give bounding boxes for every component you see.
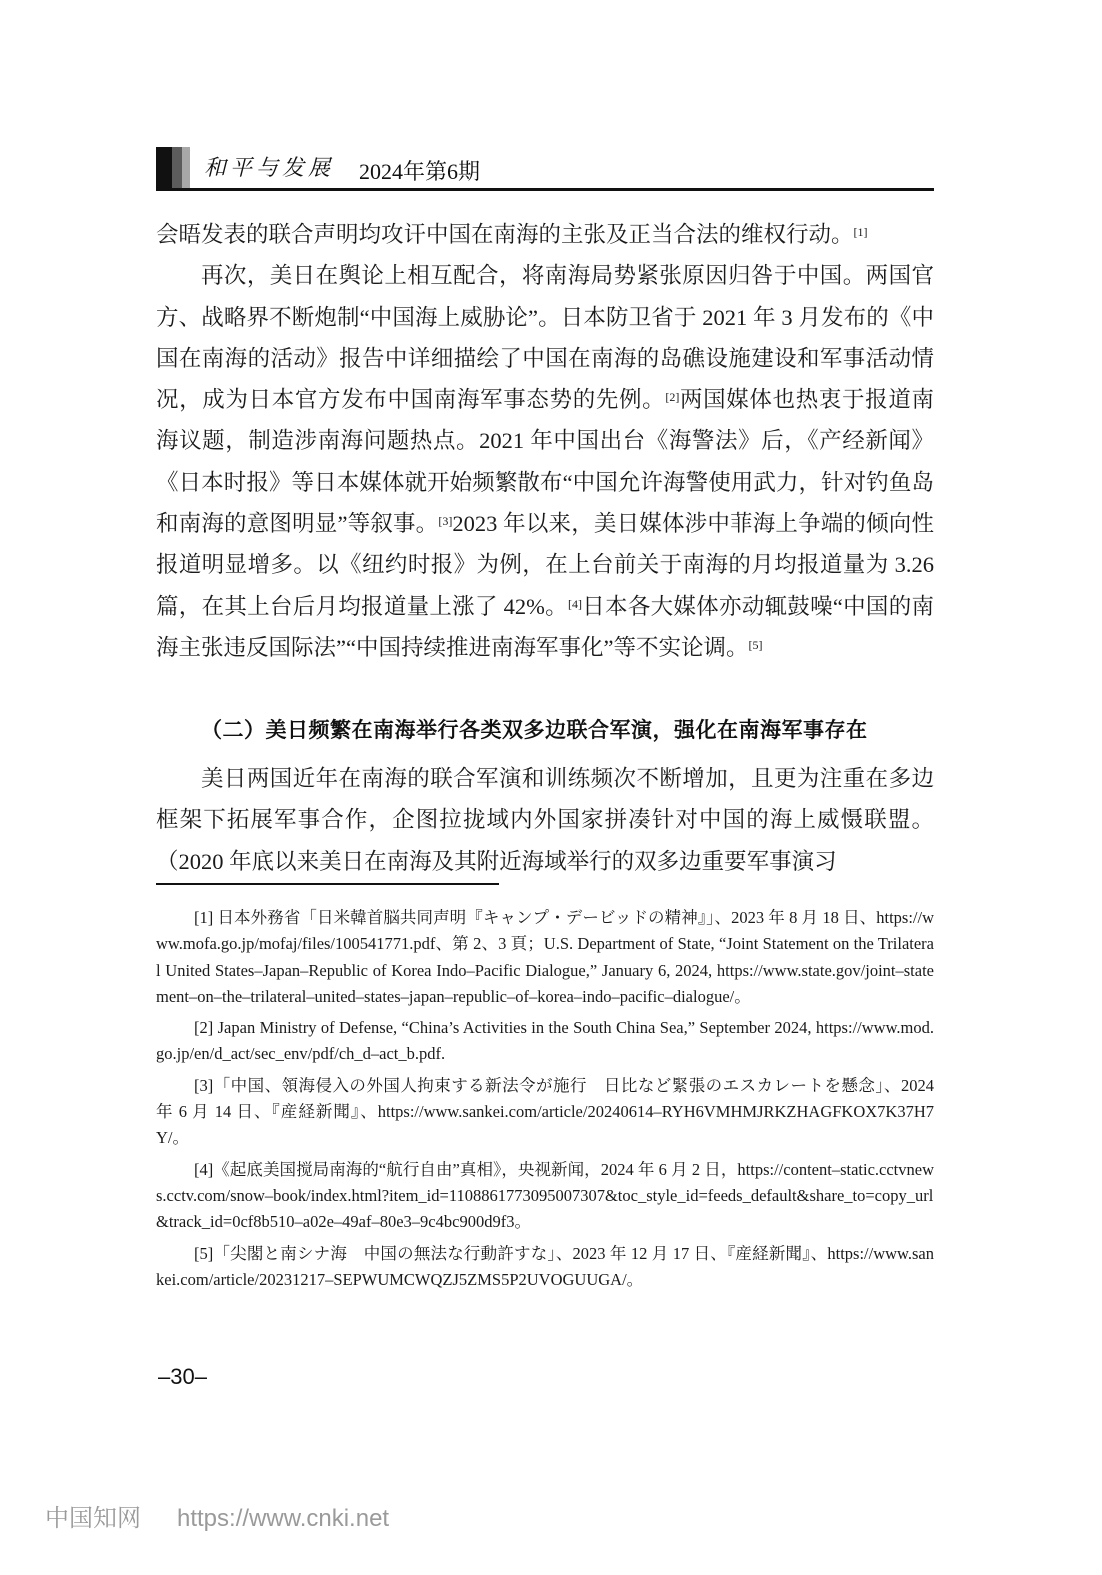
footnote-ref[interactable]: [3] (438, 514, 452, 528)
header-bar-gray (172, 147, 182, 189)
footnote-label: [4] (194, 1160, 213, 1179)
footnote-rule (156, 883, 499, 885)
document-page: 和平与发展 2024年第6期 会晤发表的联合声明均攻讦中国在南海的主张及正当合法… (0, 0, 1102, 1575)
paragraph-text: 会晤发表的联合声明均攻讦中国在南海的主张及正当合法的维权行动。 (156, 222, 854, 247)
body-text-after-heading: 美日两国近年在南海的联合军演和训练频次不断增加，且更为注重在多边框架下拓展军事合… (156, 758, 934, 882)
footnote-ref[interactable]: [4] (568, 597, 582, 611)
footnote-ref[interactable]: [2] (665, 390, 679, 404)
footnote-5: [5]「尖閣と南シナ海 中国の無法な行動許すな」、2023 年 12 月 17 … (156, 1241, 934, 1294)
footnote-ref[interactable]: [1] (854, 225, 868, 239)
footnote-4: [4]《起底美国搅局南海的“航行自由”真相》，央视新闻，2024 年 6 月 2… (156, 1157, 934, 1236)
section-heading: （二）美日频繁在南海举行各类双多边联合军演，强化在南海军事存在 (156, 710, 934, 751)
footnote-label: [5] (194, 1244, 213, 1263)
running-header: 和平与发展 2024年第6期 (156, 147, 934, 191)
footnote-text: 《起底美国搅局南海的“航行自由”真相》，央视新闻，2024 年 6 月 2 日，… (156, 1160, 934, 1232)
body-text: 会晤发表的联合声明均攻讦中国在南海的主张及正当合法的维权行动。[1] 再次，美日… (156, 214, 934, 668)
footnote-text: 「尖閣と南シナ海 中国の無法な行動許すな」、2023 年 12 月 17 日、『… (156, 1244, 934, 1289)
journal-name: 和平与发展 (204, 151, 334, 182)
footnote-label: [3] (194, 1076, 213, 1095)
footnote-2: [2] Japan Ministry of Defense, “China’s … (156, 1015, 934, 1068)
watermark-url[interactable]: https://www.cnki.net (177, 1505, 389, 1532)
footnotes: [1] 日本外務省「日米韓首脳共同声明『キャンプ・デービッドの精神』」、2023… (156, 905, 934, 1298)
header-bar-black (156, 147, 172, 189)
footnote-ref[interactable]: [5] (748, 638, 762, 652)
footnote-3: [3]「中国、領海侵入の外国人拘束する新法令が施行 日比など緊張のエスカレートを… (156, 1073, 934, 1152)
footnote-label: [1] (194, 908, 213, 927)
paragraph-media: 再次，美日在舆论上相互配合，将南海局势紧张原因归咎于中国。两国官方、战略界不断炮… (156, 255, 934, 668)
watermark-site-name: 中国知网 (45, 1505, 141, 1532)
paragraph-continued: 会晤发表的联合声明均攻讦中国在南海的主张及正当合法的维权行动。[1] (156, 214, 934, 255)
header-rule (156, 188, 934, 191)
footnote-text: Japan Ministry of Defense, “China’s Acti… (156, 1018, 934, 1063)
page-number: –30– (158, 1364, 207, 1390)
footnote-text: 日本外務省「日米韓首脳共同声明『キャンプ・デービッドの精神』」、2023 年 8… (156, 908, 934, 1006)
header-bar-light (182, 147, 190, 189)
paragraph-exercises: 美日两国近年在南海的联合军演和训练频次不断增加，且更为注重在多边框架下拓展军事合… (156, 758, 934, 882)
footnote-text: 「中国、領海侵入の外国人拘束する新法令が施行 日比など緊張のエスカレートを懸念」… (156, 1076, 934, 1148)
footnote-label: [2] (194, 1018, 213, 1037)
footnote-1: [1] 日本外務省「日米韓首脳共同声明『キャンプ・デービッドの精神』」、2023… (156, 905, 934, 1010)
issue-label: 2024年第6期 (359, 155, 480, 186)
cnki-watermark: 中国知网https://www.cnki.net (45, 1498, 425, 1533)
